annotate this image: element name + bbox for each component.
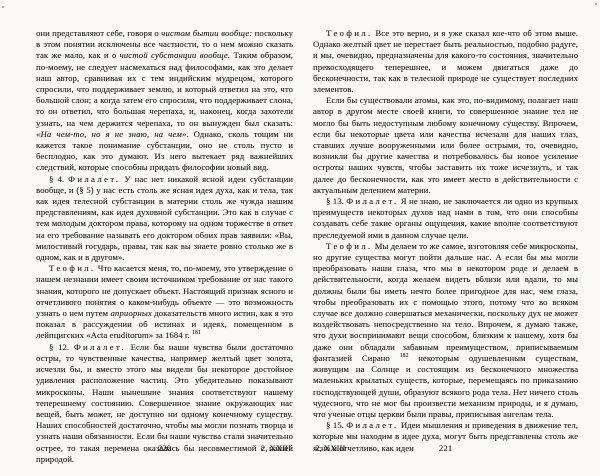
paragraph: Теофил. Мы делаем то же самое, изготовля… (313, 241, 578, 420)
speaker-name: Филалет. (346, 420, 398, 430)
right-page-footer: 2, XXIII 221 (313, 443, 578, 454)
paragraph: Теофил. Все это верно, и я уже сказал ко… (313, 28, 578, 95)
signature-mark: 2, XXIII (261, 443, 291, 454)
right-page-text: Теофил. Все это верно, и я уже сказал ко… (313, 28, 578, 454)
paragraph: Если бы существовали атомы, как это, по-… (313, 95, 578, 196)
left-page-text: они представляют себе, говоря о чистом б… (36, 28, 293, 465)
book-spread: они представляют себе, говоря о чистом б… (0, 0, 600, 476)
page-number: 221 (313, 443, 578, 454)
speaker-name: Теофил. (326, 28, 372, 38)
speaker-name: Филалет. (68, 174, 120, 184)
left-page-footer: 220 2, XXIII (36, 443, 293, 454)
speaker-name: Теофил. (326, 241, 372, 251)
left-page: они представляют себе, говоря о чистом б… (0, 0, 300, 476)
speaker-name: Теофил. (49, 263, 95, 273)
paragraph: § 13. Филалет. Я не знаю, не заключается… (313, 196, 578, 241)
paragraph: они представляют себе, говоря о чистом б… (36, 28, 293, 174)
speaker-name: Филалет. (346, 196, 398, 206)
footnote-ref: 182 (400, 353, 409, 359)
book-spread-scan: они представляют себе, говоря о чистом б… (0, 0, 600, 476)
footnote-ref: 181 (192, 331, 201, 337)
page-number: 220 (36, 443, 293, 454)
paragraph: Теофил. Что касается меня, то, по-моему,… (36, 263, 293, 341)
right-page: Теофил. Все это верно, и я уже сказал ко… (300, 0, 600, 476)
paragraph: § 4. Филалет. У нас нет никакой ясной ид… (36, 174, 293, 264)
speaker-name: Филалет. (74, 342, 126, 352)
